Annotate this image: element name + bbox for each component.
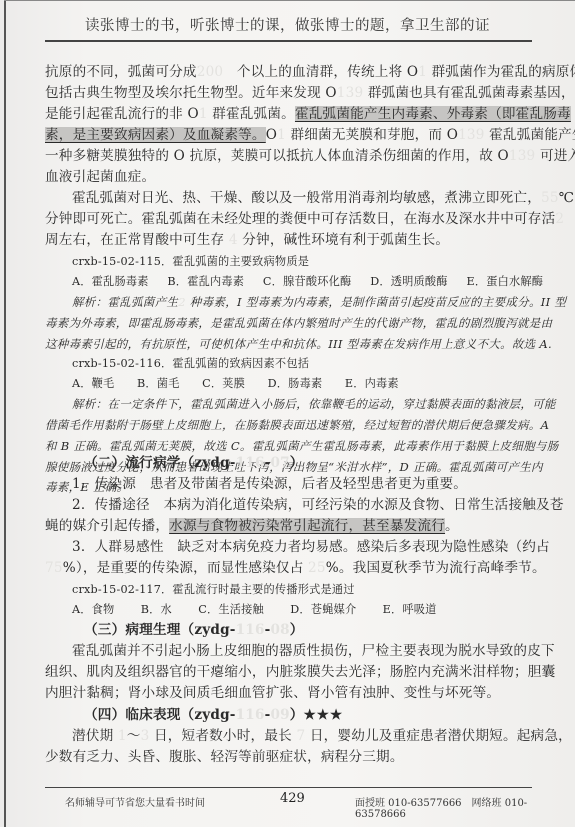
heading-text: ） xyxy=(290,707,304,723)
text-line: 是能引起霍乱流行的非 O1 群霍乱弧菌。霍乱弧菌能产生内毒素、外毒素（即霍乱肠毒 xyxy=(45,104,535,124)
faint-number: 7 xyxy=(296,728,305,744)
text-line: 2．传播途径 本病为消化道传染病，可经污染的水源及食物、日常生活接触及苍 xyxy=(72,495,562,515)
faint-number: 139 xyxy=(337,85,364,101)
text: 一种多糖荚膜独特的 O 抗原，荚膜可以抵抗人体血清杀伤细菌的作用，故 O xyxy=(45,148,509,164)
analysis-line: 毒素为外毒素，即霍乱肠毒素，是霍乱弧菌在体内繁殖时产生的代谢产物，霍乱的剧烈腹泻… xyxy=(45,313,535,333)
text-line: 潜伏期 1～3 日，短者数小时，最长 7 日，婴幼儿及重症患者潜伏期短。起病急， xyxy=(72,726,562,746)
text: 血液引起菌血症。 xyxy=(45,169,155,185)
text-line: 内胆汁黏稠；肾小球及间质毛细血管扩张、肾小管有浊肿、变性与坏死等。 xyxy=(45,683,535,703)
text-line: 一种多糖荚膜独特的 O 抗原，荚膜可以抵抗人体血清杀伤细菌的作用，故 O139 … xyxy=(45,146,535,166)
text: 周左右，在正常胃酸中可生存 xyxy=(45,232,224,248)
question-stem: crxb-15-02-115．霍乱弧菌的主要致病物质是 xyxy=(72,252,562,272)
analysis-line: 解析：霍乱弧菌产生2 种毒素，I 型毒素为内毒素，是制作菌苗引起疫苗反应的主要成… xyxy=(72,292,562,312)
text-line: 周左右，在正常胃酸中可生存 4 分钟，碱性环境有利于弧菌生长。 xyxy=(45,230,535,250)
option-c: C．荚膜 xyxy=(202,377,245,390)
text-line: 霍乱弧菌对日光、热、干燥、酸以及一般常用消毒剂均敏感，煮沸立即死亡，55℃1 xyxy=(72,188,562,208)
faint-number: 2 xyxy=(178,295,186,309)
faint-number: 1 xyxy=(277,127,286,143)
faint-code: 116 xyxy=(236,622,265,638)
text-line: 少数有乏力、头昏、腹胀、轻泻等前驱症状，病程分三期。 xyxy=(45,747,535,767)
analysis-line: 借菌毛作用黏附于肠壁上皮细胞上，在肠黏膜表面迅速繁殖，经过短暂的潜伏期后便急骤发… xyxy=(45,415,535,435)
faint-number: 139 xyxy=(458,127,485,143)
faint-number: 75 xyxy=(45,560,63,576)
page-border-left xyxy=(4,0,6,827)
text: %。我国夏秋季节为流行高峰季节。 xyxy=(326,560,546,576)
faint-code: 08 xyxy=(270,622,289,638)
highlighted-text: 霍乱弧菌能产生内毒素、外毒素（即霍乱肠毒 xyxy=(295,106,571,122)
faint-number: 1 xyxy=(118,728,127,744)
page-border-top xyxy=(4,0,575,1)
text-line: 75%），是重要的传染源，而显性感染仅占 25%。我国夏秋季节为流行高峰季节。 xyxy=(45,558,535,578)
faint-number: 139 xyxy=(509,148,536,164)
text-line: 抗原的不同，弧菌可分成200 个以上的血清群，传统上将 O1 群弧菌作为霍乱的病… xyxy=(45,62,535,82)
faint-number: 25 xyxy=(308,560,326,576)
text: 群霍乱弧菌。 xyxy=(212,106,295,122)
question-stem: crxb-15-02-116．霍乱弧菌的致病因素不包括 xyxy=(72,354,562,374)
faint-number: 200 xyxy=(197,64,224,80)
text-line: 血液引起菌血症。 xyxy=(45,167,535,187)
header-rule xyxy=(45,40,532,42)
text-line: 分钟即可死亡。霍乱弧菌在未经处理的粪便中可存活数日，在海水及深水井中可存活2 xyxy=(45,209,535,229)
text: 蝇的媒介引起传播， xyxy=(45,518,169,534)
text: 是能引起霍乱流行的非 O xyxy=(45,106,199,122)
text: 解析：霍乱弧菌产生 xyxy=(72,295,178,309)
text: 可进入 xyxy=(540,148,575,164)
section-heading-clinical: （四）临床表现（zydg-116-09）★★★ xyxy=(84,705,574,725)
option-d: D．透明质酸酶 xyxy=(370,275,448,288)
option-e: E．蛋白水解酶 xyxy=(466,275,543,288)
importance-stars-icon: ★★★ xyxy=(304,707,344,723)
option-e: E．内毒素 xyxy=(345,377,399,390)
text: 种毒素，I 型毒素为内毒素，是制作菌苗引起疫苗反应的主要成分。II 型 xyxy=(190,295,566,309)
text: 个以上的血清群，传统上将 O xyxy=(237,64,418,80)
text: ℃ xyxy=(559,190,574,206)
option-c: C．腺苷酸环化酶 xyxy=(263,275,351,288)
question-options: A．霍乱肠毒素 B．霍乱内毒素 C．腺苷酸环化酶 D．透明质酸酶 E．蛋白水解酶 xyxy=(72,272,562,292)
faint-code: 116 xyxy=(236,707,265,723)
text: 抗原的不同，弧菌可分成 xyxy=(45,64,197,80)
heading-text: ） xyxy=(290,455,304,471)
question-options: A．鞭毛 B．菌毛 C．荚膜 D．肠毒素 E．内毒素 xyxy=(72,374,562,394)
page-number: 429 xyxy=(280,791,305,806)
faint-number: 55 xyxy=(541,190,559,206)
running-header: 读张博士的书，听张博士的课，做张博士的题，拿卫生部的证 xyxy=(0,14,575,35)
text: 包括古典生物型及埃尔托生物型。近年来发现 O xyxy=(45,85,337,101)
text: 日，短者数小时，最长 xyxy=(154,728,292,744)
question-options: A．食物 B．水 C．生活接触 D．苍蝇媒介 E．呼吸道 xyxy=(72,600,562,620)
option-b: B．水 xyxy=(141,603,172,616)
text: 分钟即可死亡。霍乱弧菌在未经处理的粪便中可存活数日，在海水及深水井中可存活 xyxy=(45,211,555,227)
analysis-line: 解析：在一定条件下，霍乱弧菌进入小肠后，依靠鞭毛的运动，穿过黏膜表面的黏液层，可… xyxy=(72,394,562,414)
option-d: D．苍蝇媒介 xyxy=(290,603,356,616)
footer-rule xyxy=(45,787,532,788)
text: 潜伏期 xyxy=(72,728,113,744)
footer-slogan: 名师辅导可节省您大量看书时间 xyxy=(65,794,205,809)
option-a: A．霍乱肠毒素 xyxy=(72,275,149,288)
text: 霍乱弧菌能产生 xyxy=(489,127,575,143)
heading-text: （三）病理生理（zydg- xyxy=(84,622,236,638)
faint-code: 09 xyxy=(270,707,289,723)
text-line: 蝇的媒介引起传播，水源与食物被污染常引起流行，甚至暴发流行。 xyxy=(45,516,535,536)
option-b: B．霍乱内毒素 xyxy=(167,275,244,288)
text-line: 包括古典生物型及埃尔托生物型。近年来发现 O139 群弧菌也具有霍乱弧菌毒素基因… xyxy=(45,83,535,103)
option-e: E．呼吸道 xyxy=(383,603,437,616)
option-b: B．菌毛 xyxy=(137,377,180,390)
text: 群细菌无荚膜和芽胞，而 O xyxy=(290,127,458,143)
faint-code: 116 xyxy=(236,455,265,471)
text-line: 1．传染源 患者及带菌者是传染源，后者及轻型患者更为重要。 xyxy=(72,474,562,494)
text: 群弧菌作为霍乱的病原体， xyxy=(432,64,575,80)
faint-number: 3 xyxy=(141,728,150,744)
text-line: 3．人群易感性 缺乏对本病免疫力者均易感。感染后多表现为隐性感染（约占 xyxy=(72,537,562,557)
faint-number: 4 xyxy=(229,232,238,248)
footer-contact: 面授班 010-63577666 网络班 010-63578666 xyxy=(355,794,575,820)
text-line: 素，是主要致病因素）及血凝素等。O1 群细菌无荚膜和芽胞，而 O139 霍乱弧菌… xyxy=(45,125,535,145)
section-heading-epidemiology: （二）流行病学（zydg-116-07） xyxy=(84,453,574,473)
option-a: A．食物 xyxy=(72,603,114,616)
heading-text: （二）流行病学（zydg- xyxy=(84,455,236,471)
document-page: 读张博士的书，听张博士的课，做张博士的题，拿卫生部的证 抗原的不同，弧菌可分成2… xyxy=(0,0,575,827)
option-a: A．鞭毛 xyxy=(72,377,114,390)
text: O xyxy=(266,127,277,143)
highlighted-text: 水源与食物被污染常引起流行，甚至暴发流行 xyxy=(169,518,445,534)
heading-text: （四）临床表现（zydg- xyxy=(84,707,236,723)
question-stem: crxb-15-02-117．霍乱流行时最主要的传播形式是通过 xyxy=(72,580,562,600)
faint-number: 2 xyxy=(555,211,564,227)
text-line: 组织、肌肉及组织器官的干瘪缩小，内脏浆膜失去光泽；肠腔内充满米泔样物；胆囊 xyxy=(45,662,535,682)
text: ～ xyxy=(127,728,141,744)
text: %），是重要的传染源，而显性感染仅占 xyxy=(63,560,304,576)
option-d: D．肠毒素 xyxy=(268,377,323,390)
text: 群弧菌也具有霍乱弧菌毒素基因， xyxy=(368,85,575,101)
faint-number: 1 xyxy=(418,64,427,80)
text-line: 霍乱弧菌并不引起小肠上皮细胞的器质性损伤，尸检主要表现为脱水导致的皮下 xyxy=(72,641,562,661)
analysis-line: 这种毒素引起的，有抗原性，可使机体产生中和抗体。III 型毒素在发病作用上意义不… xyxy=(45,334,535,354)
faint-number: 1 xyxy=(199,106,208,122)
option-c: C．生活接触 xyxy=(198,603,264,616)
highlighted-text: 素，是主要致病因素）及血凝素等。 xyxy=(45,127,266,143)
faint-code: 07 xyxy=(270,455,289,471)
section-heading-pathophysiology: （三）病理生理（zydg-116-08） xyxy=(84,620,574,640)
text: 日，婴幼儿及重症患者潜伏期短。起病急， xyxy=(310,728,572,744)
text: 分钟，碱性环境有利于弧菌生长。 xyxy=(242,232,449,248)
text: 。 xyxy=(445,518,459,534)
heading-text: ） xyxy=(290,622,304,638)
text: 霍乱弧菌对日光、热、干燥、酸以及一般常用消毒剂均敏感，煮沸立即死亡， xyxy=(72,190,541,206)
